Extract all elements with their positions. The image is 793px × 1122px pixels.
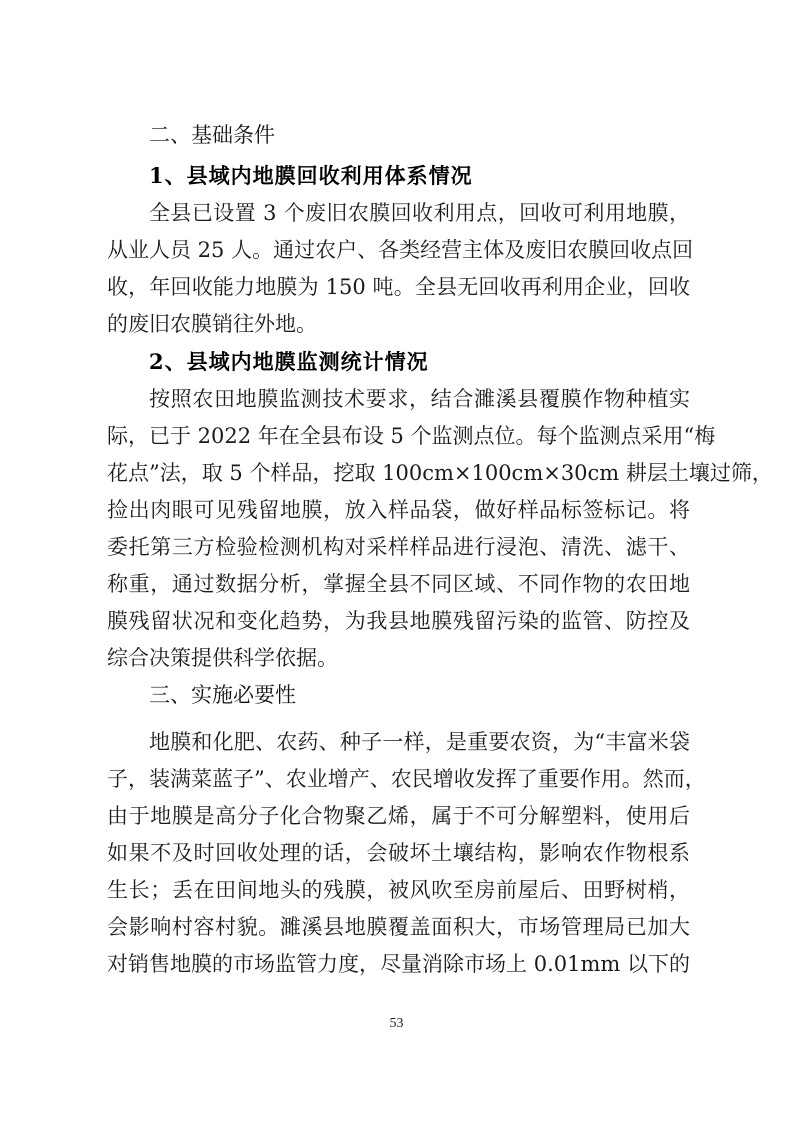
paragraph-line: 的废旧农膜销往外地。 xyxy=(107,309,690,339)
paragraph-line: 由于地膜是高分子化合物聚乙烯，属于不可分解塑料，使用后 xyxy=(107,801,690,831)
paragraph-line: 花点”法，取 5 个样品，挖取 100cm×100cm×30cm 耕层土壤过筛， xyxy=(107,458,690,488)
paragraph-line: 生长；丢在田间地头的残膜，被风吹至房前屋后、田野树梢， xyxy=(107,875,690,905)
paragraph-line: 综合决策提供科学依据。 xyxy=(107,643,690,673)
paragraph-line: 膜残留状况和变化趋势，为我县地膜残留污染的监管、防控及 xyxy=(107,606,690,636)
paragraph-line: 捡出肉眼可见残留地膜，放入样品袋，做好样品标签标记。将 xyxy=(107,495,690,525)
paragraph-line: 从业人员 25 人。通过农户、各类经营主体及废旧农膜回收点回 xyxy=(107,235,690,265)
paragraph-line: 全县已设置 3 个废旧农膜回收利用点，回收可利用地膜， xyxy=(149,198,690,228)
paragraph-line: 委托第三方检验检测机构对采样样品进行浸泡、清洗、滤干、 xyxy=(107,532,690,562)
paragraph-line: 对销售地膜的市场监管力度，尽量消除市场上 0.01mm 以下的 xyxy=(107,949,690,979)
subheading-monitoring-stats: 2、县域内地膜监测统计情况 xyxy=(149,347,429,377)
paragraph-line: 收，年回收能力地膜为 150 吨。全县无回收再利用企业，回收 xyxy=(107,272,690,302)
paragraph-line: 地膜和化肥、农药、种子一样，是重要农资，为“丰富米袋 xyxy=(149,727,690,757)
paragraph-line: 称重，通过数据分析，掌握全县不同区域、不同作物的农田地 xyxy=(107,569,690,599)
paragraph-line: 会影响村容村貌。濉溪县地膜覆盖面积大，市场管理局已加大 xyxy=(107,912,690,942)
section-heading-basic-conditions: 二、基础条件 xyxy=(149,120,275,150)
paragraph-line: 如果不及时回收处理的话，会破坏土壤结构，影响农作物根系 xyxy=(107,838,690,868)
paragraph-line: 子，装满菜蓝子”、农业增产、农民增收发挥了重要作用。然而， xyxy=(107,764,690,794)
paragraph-line: 按照农田地膜监测技术要求，结合濉溪县覆膜作物种植实 xyxy=(149,384,690,414)
page-number: 53 xyxy=(0,1016,793,1032)
section-heading-necessity: 三、实施必要性 xyxy=(149,680,296,710)
subheading-recycling-system: 1、县域内地膜回收利用体系情况 xyxy=(149,161,473,191)
paragraph-line: 际，已于 2022 年在全县布设 5 个监测点位。每个监测点采用“梅 xyxy=(107,421,690,451)
